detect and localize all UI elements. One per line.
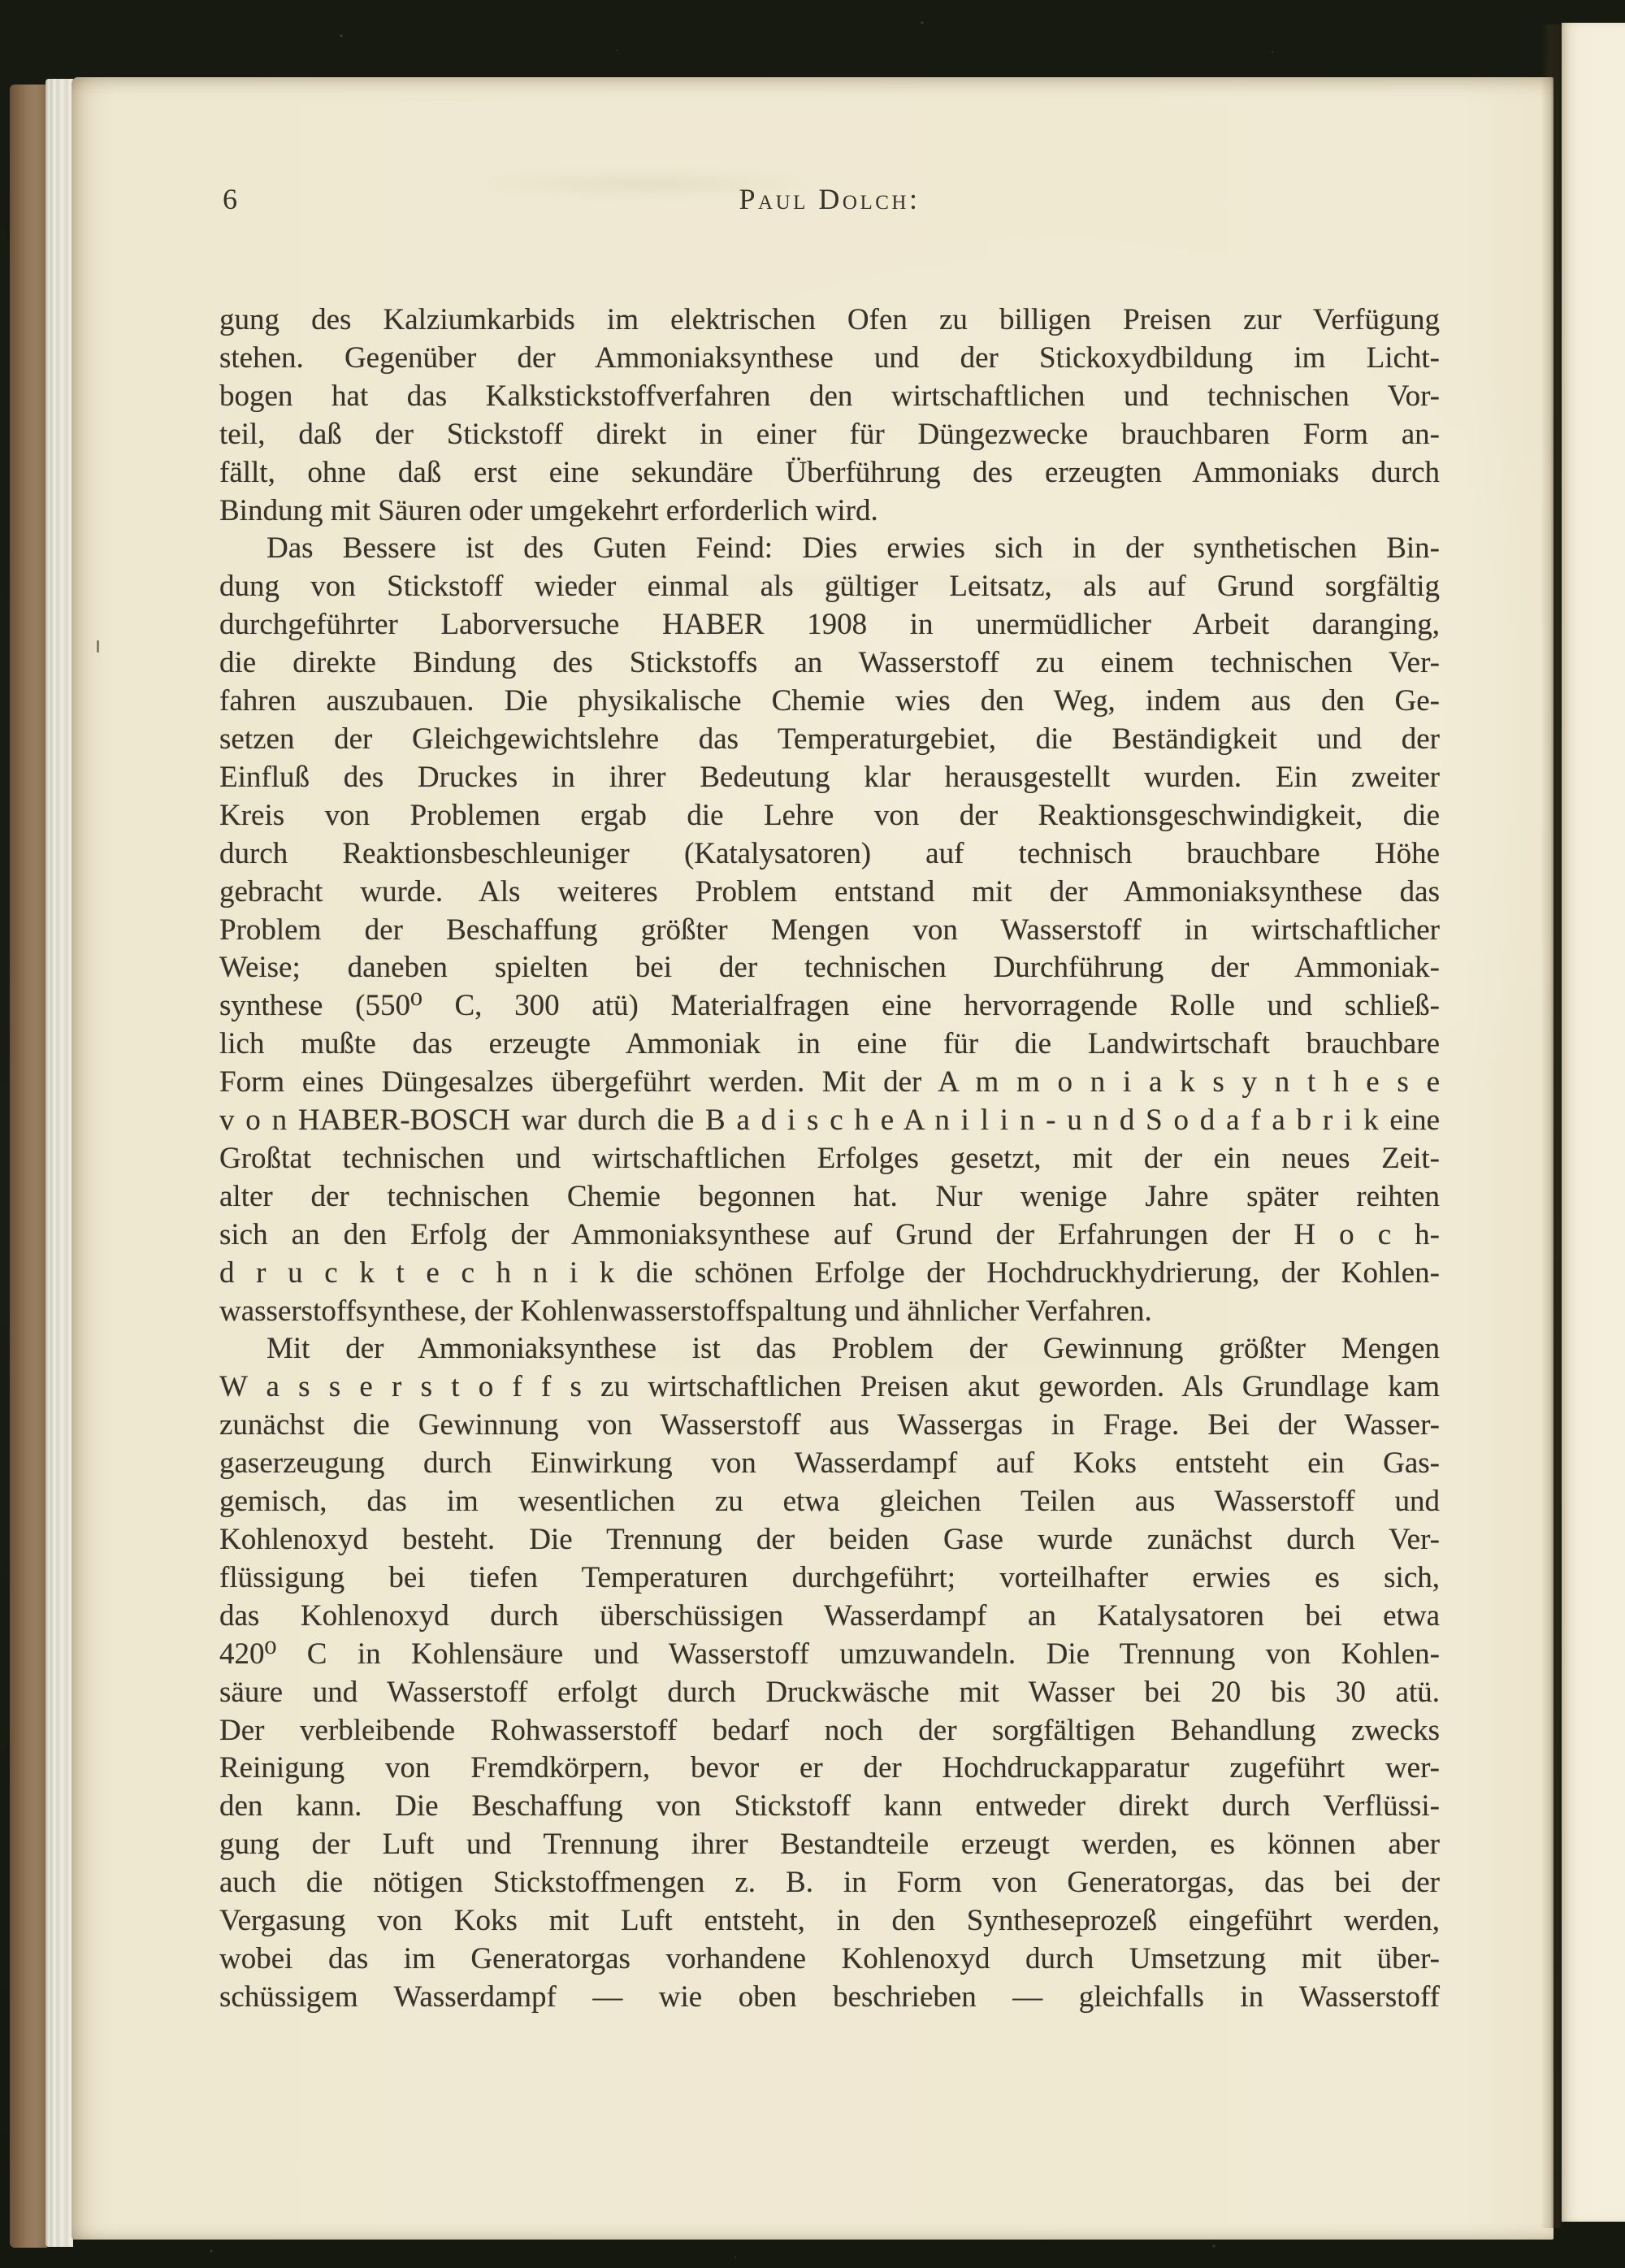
text-line: setzen der Gleichgewichtslehre das Tempe… <box>219 721 1440 759</box>
text-line: lich mußte das erzeugte Ammoniak in eine… <box>219 1026 1440 1064</box>
text-line: gung der Luft und Trennung ihrer Bestand… <box>219 1826 1440 1864</box>
text-line: Bindung mit Säuren oder umgekehrt erford… <box>219 492 1440 531</box>
text-line: Kohlenoxyd besteht. Die Trennung der bei… <box>219 1521 1440 1559</box>
book-page: 6 Paul Dolch: gung des Kalziumkarbids im… <box>71 77 1553 2240</box>
scanned-book-spread: { "page": { "number": "6", "running_head… <box>0 0 1625 2268</box>
text-line: die direkte Bindung des Stickstoffs an W… <box>219 644 1440 683</box>
paragraph: gung des Kalziumkarbids im elektrischen … <box>219 301 1440 530</box>
text-line: Einfluß des Druckes in ihrer Bedeutung k… <box>219 759 1440 797</box>
text-line: fällt, ohne daß erst eine sekundäre Über… <box>219 454 1440 492</box>
text-line: Das Bessere ist des Guten Feind: Dies er… <box>219 530 1440 568</box>
text-line: zunächst die Gewinnung von Wasserstoff a… <box>219 1407 1440 1445</box>
text-line: durch Reaktionsbeschleuniger (Katalysato… <box>219 835 1440 874</box>
text-line: gemisch, das im wesentlichen zu etwa gle… <box>219 1483 1440 1521</box>
text-line: alter der technischen Chemie begonnen ha… <box>219 1178 1440 1216</box>
text-line: stehen. Gegenüber der Ammoniaksynthese u… <box>219 340 1440 378</box>
book-cover-edge <box>10 85 47 2248</box>
paragraph: Mit der Ammoniaksynthese ist das Problem… <box>219 1330 1440 2016</box>
text-line: durchgeführter Laborversuche HABER 1908 … <box>219 606 1440 644</box>
text-line: Vergasung von Koks mit Luft entsteht, in… <box>219 1902 1440 1941</box>
text-line: Reinigung von Fremdkörpern, bevor er der… <box>219 1750 1440 1788</box>
text-line: wasserstoffsynthese, der Kohlenwassersto… <box>219 1293 1440 1331</box>
text-line: Der verbleibende Rohwasserstoff bedarf n… <box>219 1712 1440 1750</box>
text-line: d r u c k t e c h n i k die schönen Erfo… <box>219 1255 1440 1293</box>
text-line: Weise; daneben spielten bei der technisc… <box>219 949 1440 987</box>
text-line: synthese (550⁰ C, 300 atü) Materialfrage… <box>219 987 1440 1026</box>
text-line: wobei das im Generatorgas vorhandene Koh… <box>219 1941 1440 1979</box>
text-line: schüssigem Wasserdampf — wie oben beschr… <box>219 1979 1440 2017</box>
page-header: 6 Paul Dolch: <box>219 181 1440 220</box>
page-stack-edge <box>45 79 73 2247</box>
text-line: dung von Stickstoff wieder einmal als gü… <box>219 568 1440 606</box>
text-line: W a s s e r s t o f f s zu wirtschaftlic… <box>219 1368 1440 1407</box>
running-header: Paul Dolch: <box>219 181 1440 217</box>
text-line: Form eines Düngesalzes übergeführt werde… <box>219 1064 1440 1102</box>
text-line: gung des Kalziumkarbids im elektrischen … <box>219 301 1440 340</box>
text-line: Kreis von Problemen ergab die Lehre von … <box>219 797 1440 835</box>
margin-mark <box>97 640 99 653</box>
text-line: Großtat technischen und wirtschaftlichen… <box>219 1140 1440 1178</box>
text-line: bogen hat das Kalkstickstoffverfahren de… <box>219 378 1440 416</box>
text-line: Mit der Ammoniaksynthese ist das Problem… <box>219 1330 1440 1368</box>
text-line: flüssigung bei tiefen Temperaturen durch… <box>219 1559 1440 1598</box>
text-block: gung des Kalziumkarbids im elektrischen … <box>219 301 1440 2017</box>
text-line: 420⁰ C in Kohlensäure und Wasserstoff um… <box>219 1636 1440 1674</box>
text-line: gebracht wurde. Als weiteres Problem ent… <box>219 874 1440 912</box>
page-content: 6 Paul Dolch: gung des Kalziumkarbids im… <box>219 181 1440 220</box>
paragraph: Das Bessere ist des Guten Feind: Dies er… <box>219 530 1440 1330</box>
gutter-shadow <box>1540 24 1563 2228</box>
text-line: das Kohlenoxyd durch überschüssigen Wass… <box>219 1598 1440 1636</box>
text-line: sich an den Erfolg der Ammoniaksynthese … <box>219 1216 1440 1255</box>
text-line: säure und Wasserstoff erfolgt durch Druc… <box>219 1674 1440 1712</box>
text-line: gaserzeugung durch Einwirkung von Wasser… <box>219 1445 1440 1483</box>
text-line: v o n HABER-BOSCH war durch die B a d i … <box>219 1102 1440 1140</box>
text-line: fahren auszubauen. Die physikalische Che… <box>219 683 1440 721</box>
text-line: Problem der Beschaffung größter Mengen v… <box>219 912 1440 950</box>
text-line: auch die nötigen Stickstoffmengen z. B. … <box>219 1864 1440 1902</box>
text-line: teil, daß der Stickstoff direkt in einer… <box>219 416 1440 454</box>
adjacent-page-edge <box>1562 23 1625 2222</box>
text-line: den kann. Die Beschaffung von Stickstoff… <box>219 1788 1440 1826</box>
